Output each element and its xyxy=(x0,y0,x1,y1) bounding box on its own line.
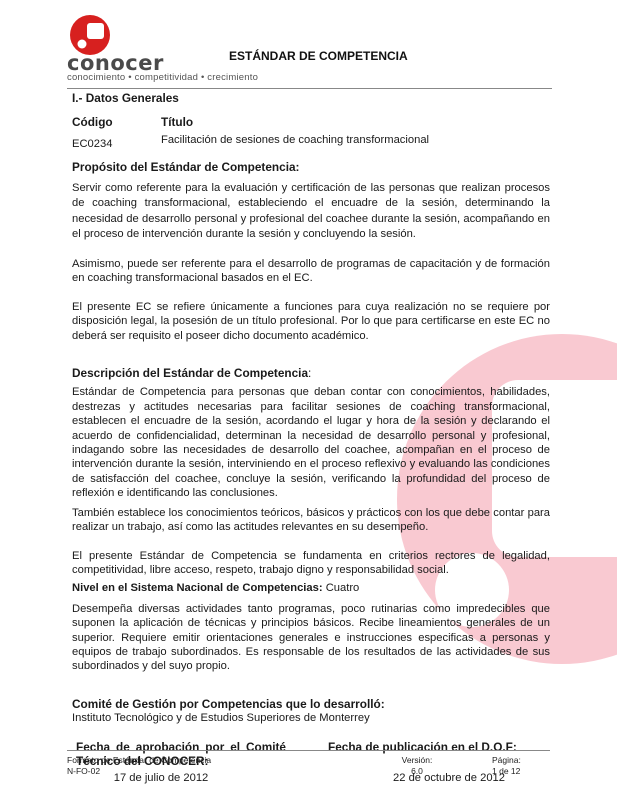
committee-value: Instituto Tecnológico y de Estudios Supe… xyxy=(72,711,550,725)
format-name: Formato de Estándar de Competencia xyxy=(67,755,211,766)
document-title: ESTÁNDAR DE COMPETENCIA xyxy=(229,49,408,63)
page-number: 1 de 12 xyxy=(492,766,521,777)
footer-divider xyxy=(67,750,550,751)
committee-heading: Comité de Gestión por Competencias que l… xyxy=(72,697,550,711)
header-divider xyxy=(67,88,552,89)
code-label: Código xyxy=(72,115,161,129)
level-description: Desempeña diversas actividades tanto pro… xyxy=(72,602,550,674)
logo-text: conocer xyxy=(67,52,164,74)
code-title-value-row: EC0234 Facilitación de sesiones de coach… xyxy=(72,133,550,151)
description-heading-text: Descripción del Estándar de Competencia xyxy=(72,366,308,380)
purpose-heading: Propósito del Estándar de Competencia: xyxy=(72,160,550,174)
description-heading: Descripción del Estándar de Competencia: xyxy=(72,366,550,380)
title-label: Título xyxy=(161,115,193,129)
description-heading-colon: : xyxy=(308,366,311,380)
purpose-paragraph-2: Asimismo, puede ser referente para el de… xyxy=(72,257,550,286)
description-paragraph-2: También establece los conocimientos teór… xyxy=(72,506,550,535)
version-value: 6.0 xyxy=(397,766,437,777)
purpose-paragraph-1: Servir como referente para la evaluación… xyxy=(72,181,550,243)
purpose-paragraph-3: El presente EC se refiere únicamente a f… xyxy=(72,300,550,343)
publication-date-label: Fecha de publicación en el D.O.F: xyxy=(328,740,550,754)
level-value: Cuatro xyxy=(326,582,360,594)
section-title-general: I.- Datos Generales xyxy=(72,91,550,105)
logo-tagline: conocimiento • competitividad • crecimie… xyxy=(67,72,258,83)
footer-version: Versión: 6.0 xyxy=(397,755,437,776)
document-body: I.- Datos Generales Código Título EC0234… xyxy=(72,91,550,786)
format-code: N-FO-02 xyxy=(67,766,211,777)
footer-format: Formato de Estándar de Competencia N-FO-… xyxy=(67,755,211,776)
version-label: Versión: xyxy=(397,755,437,766)
footer-page: Página: 1 de 12 xyxy=(492,755,521,776)
page-header: conocer conocimiento • competitividad • … xyxy=(67,14,552,80)
level-label: Nivel en el Sistema Nacional de Competen… xyxy=(72,582,323,594)
code-value: EC0234 xyxy=(72,133,161,151)
conocer-logo-icon xyxy=(68,14,110,56)
page-label: Página: xyxy=(492,755,521,766)
level-line: Nivel en el Sistema Nacional de Competen… xyxy=(72,581,550,595)
description-paragraph-3: El presente Estándar de Competencia se f… xyxy=(72,549,550,578)
code-title-header-row: Código Título xyxy=(72,115,550,129)
title-value: Facilitación de sesiones de coaching tra… xyxy=(161,133,429,151)
description-paragraph-1: Estándar de Competencia para personas qu… xyxy=(72,385,550,500)
